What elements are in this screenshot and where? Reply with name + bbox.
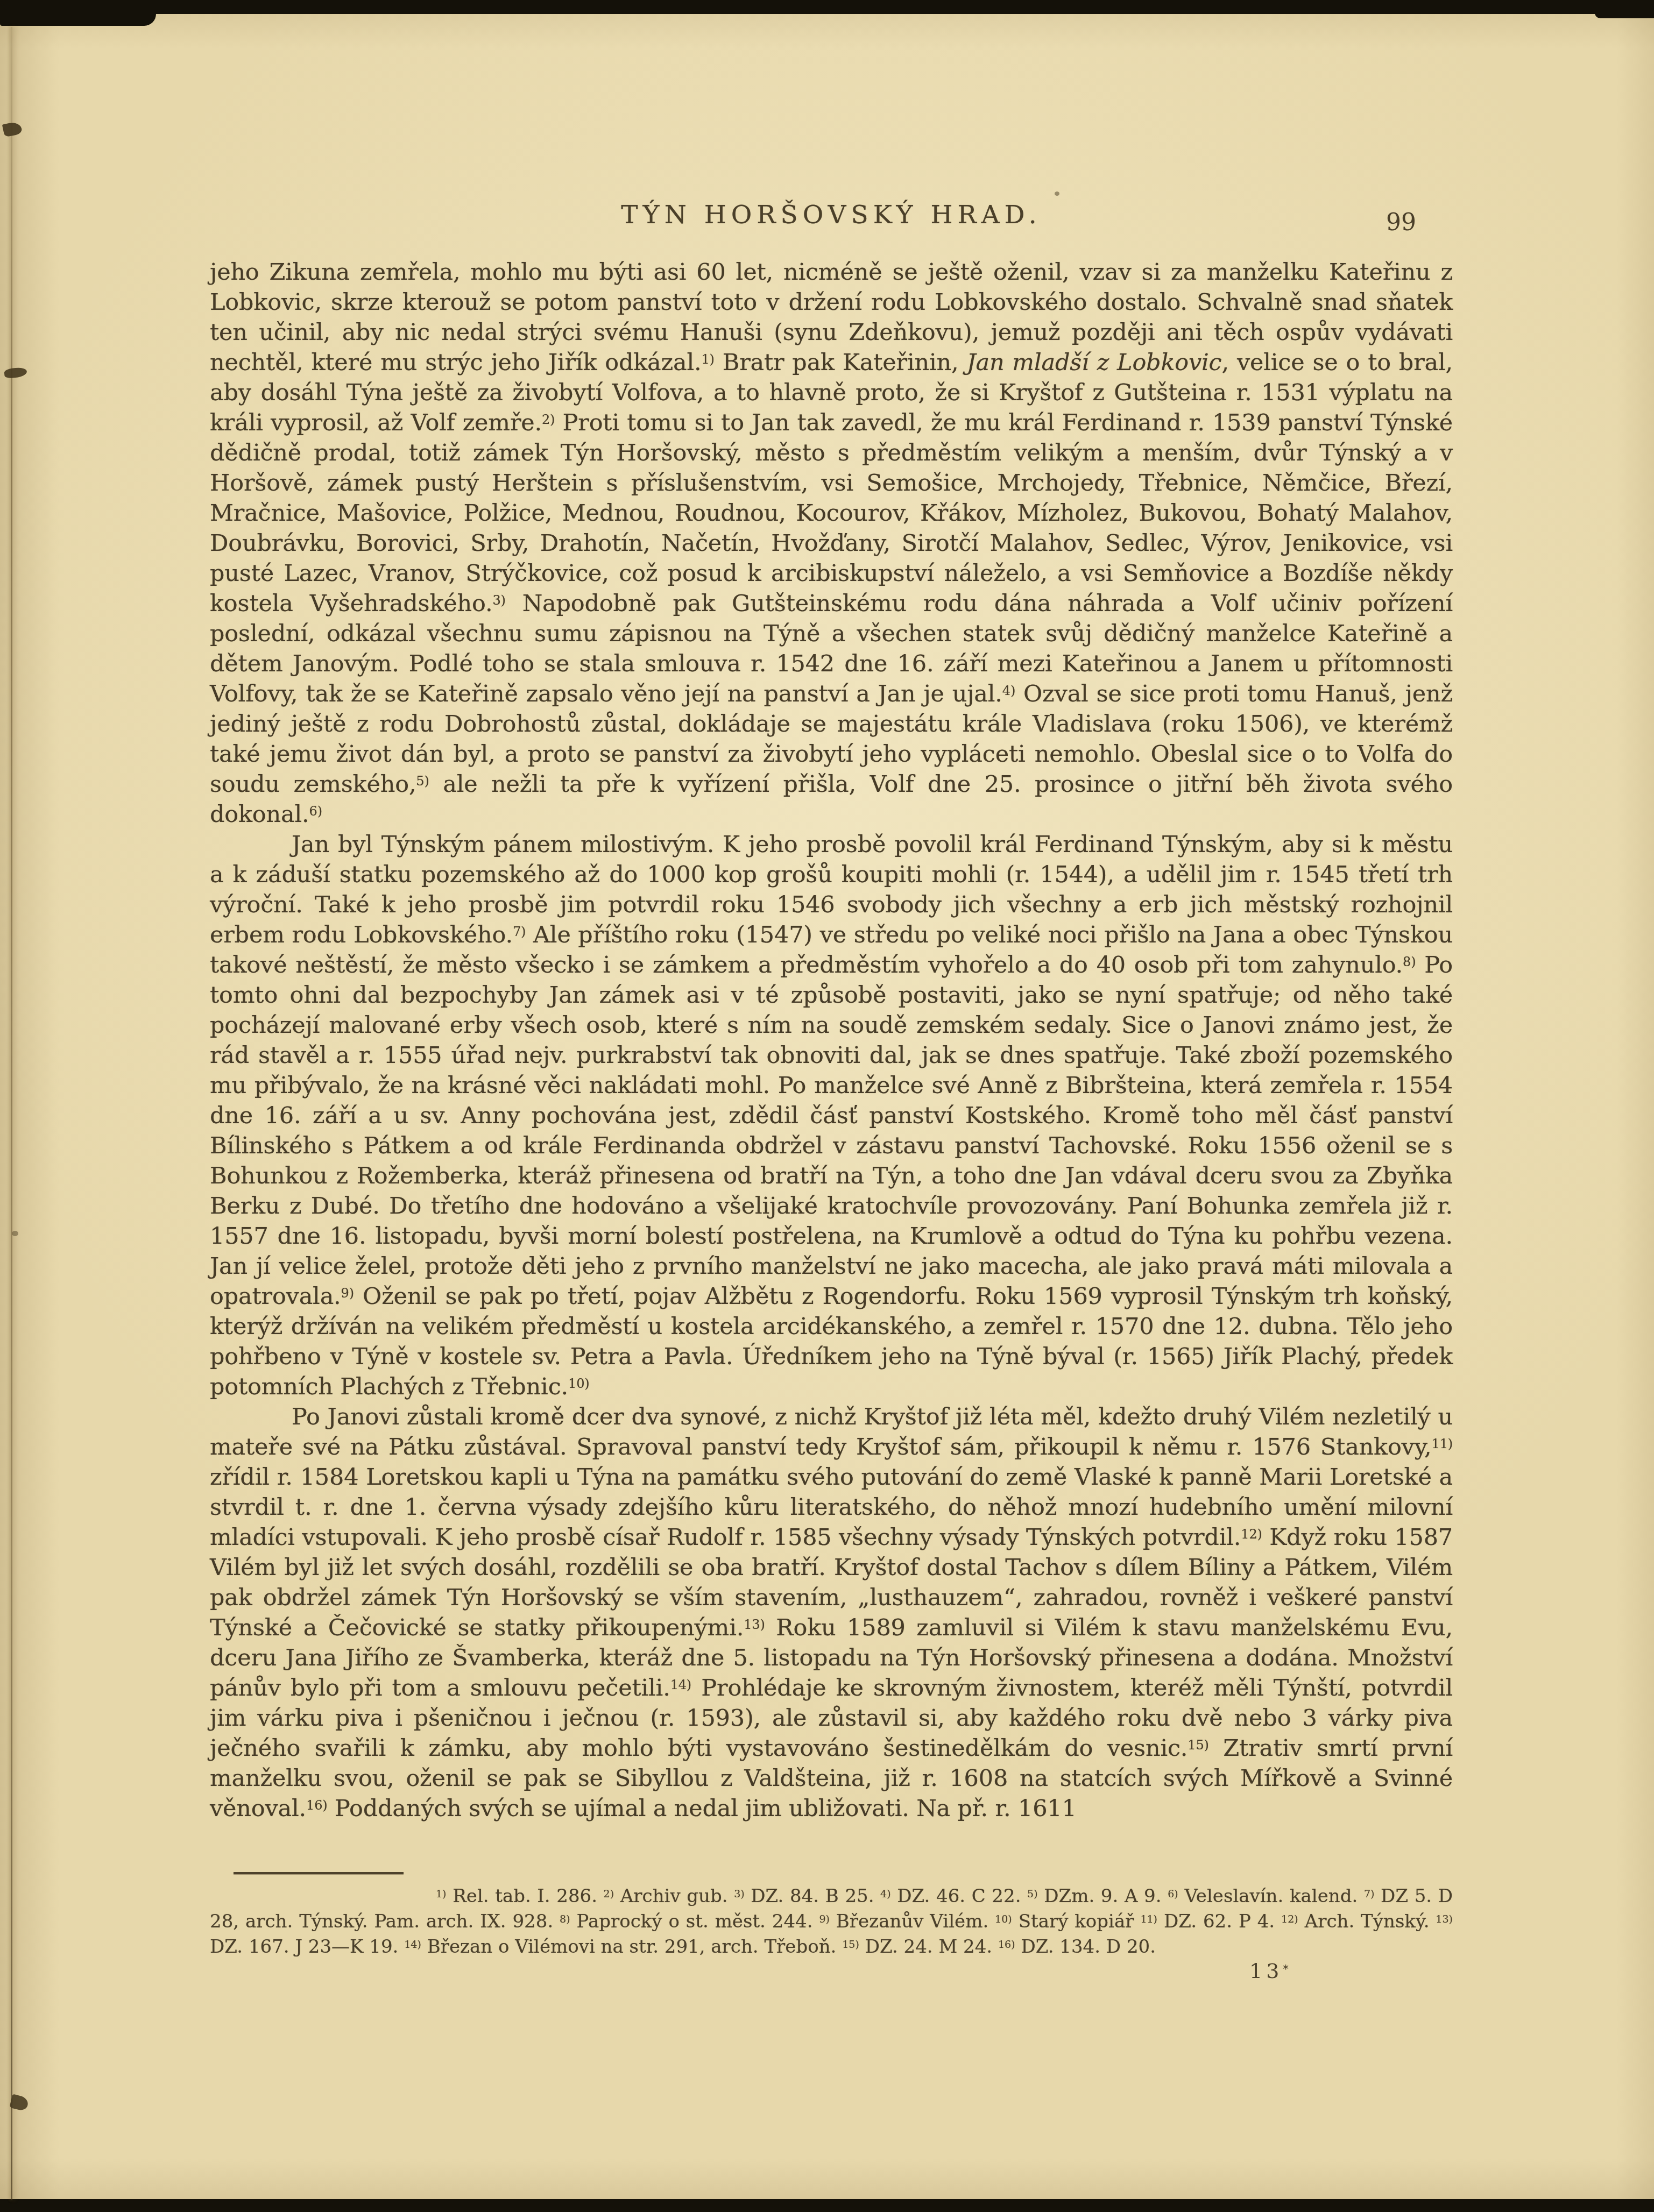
ink-speck: [12, 1231, 18, 1236]
scanned-book-page: TÝN HORŠOVSKÝ HRAD. 99 jeho Zikuna zemře…: [0, 0, 1654, 2212]
scan-edge-top: [0, 0, 1654, 14]
page-number: 99: [1386, 209, 1416, 236]
body-paragraph-3: Po Janovi zůstali kromě dcer dva synové,…: [210, 1402, 1453, 1824]
ink-speck: [1055, 192, 1059, 196]
page-title: TÝN HORŠOVSKÝ HRAD.: [210, 200, 1453, 230]
body-text-block: jeho Zikuna zemřela, mohlo mu býti asi 6…: [210, 257, 1453, 1824]
ink-blot: [4, 367, 27, 379]
body-paragraph-1: jeho Zikuna zemřela, mohlo mu býti asi 6…: [210, 257, 1453, 829]
footnote-separator-rule: [234, 1872, 404, 1874]
scan-edge-top-left: [0, 0, 156, 26]
signature-mark: 13*: [1249, 1959, 1292, 1983]
page-crease: [11, 27, 12, 2200]
ink-blot: [2, 121, 23, 138]
body-paragraph-2: Jan byl Týnským pánem milostivým. K jeho…: [210, 829, 1453, 1402]
running-head: TÝN HORŠOVSKÝ HRAD. 99: [210, 200, 1453, 238]
footnotes-block: 1) Rel. tab. I. 286. 2) Archiv gub. 3) D…: [210, 1884, 1453, 1960]
scan-edge-bottom: [0, 2199, 1654, 2212]
scan-edge-top-right: [1595, 0, 1654, 18]
